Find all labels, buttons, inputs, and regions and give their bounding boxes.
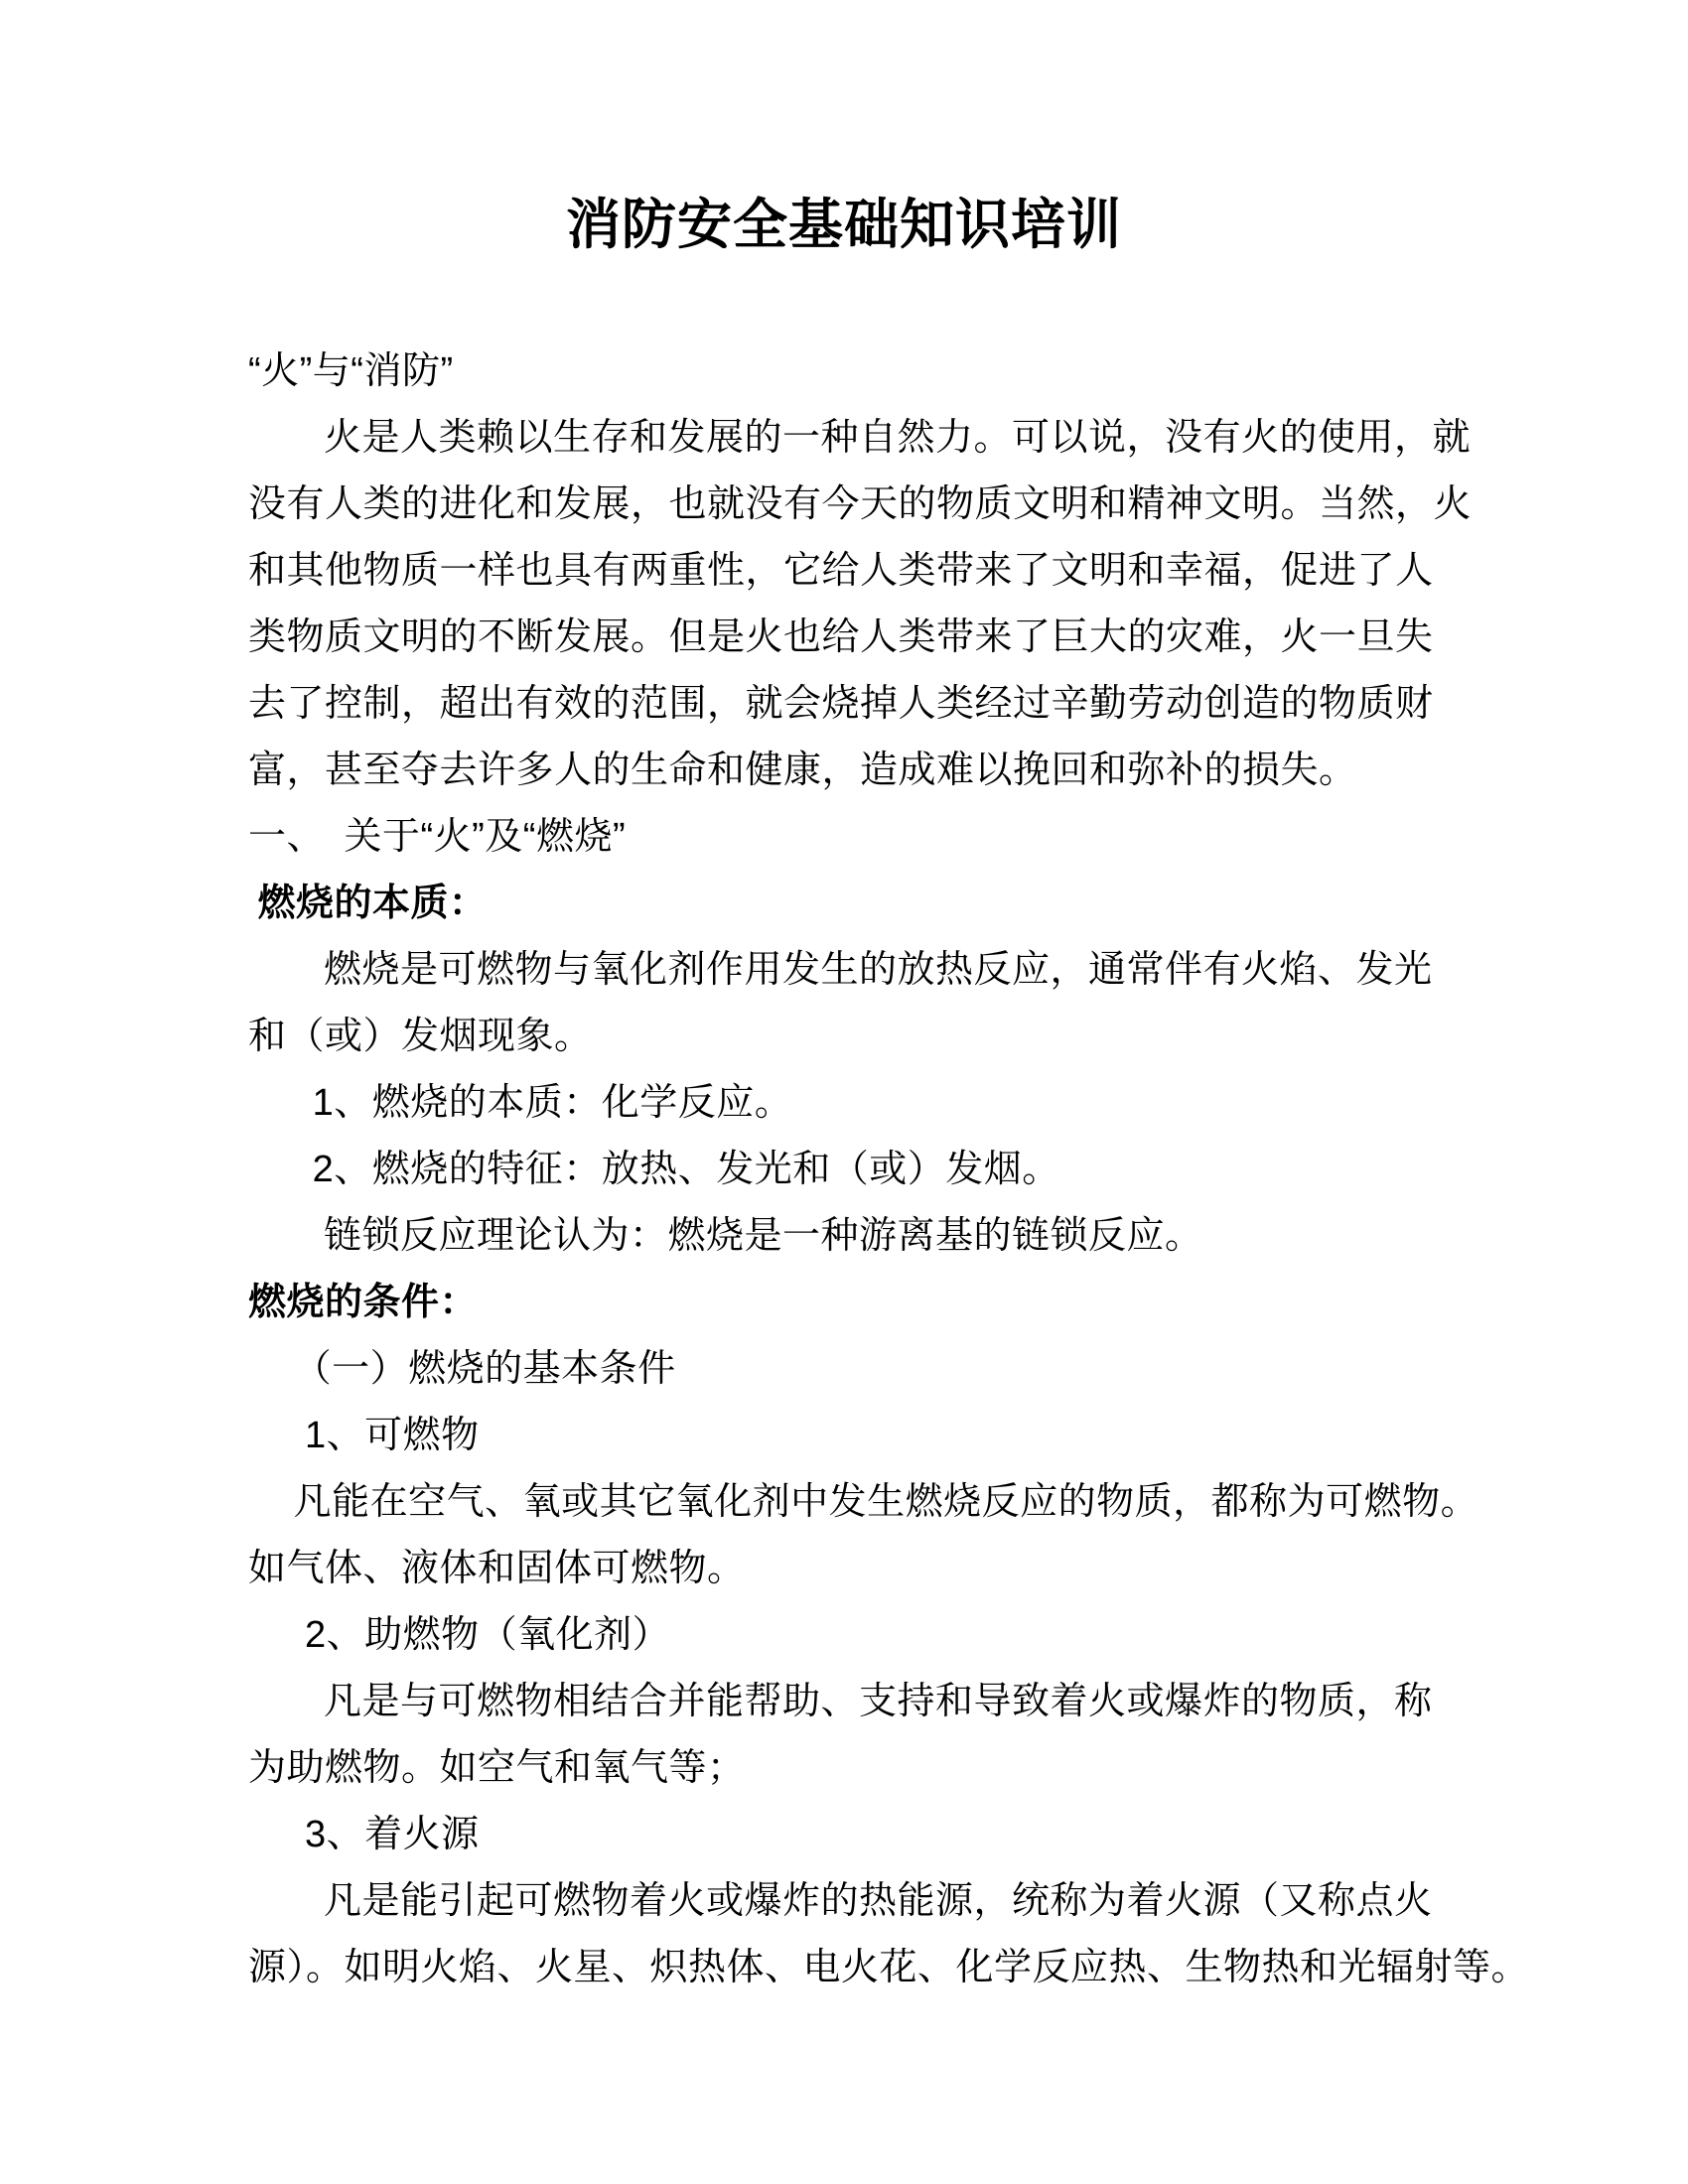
text-line: （一）燃烧的基本条件 <box>248 1336 1450 1403</box>
text-line: 燃烧的本质： <box>248 871 1450 937</box>
text-line: 凡是能引起可燃物着火或爆炸的热能源，统称为着火源（又称点火 <box>248 1868 1450 1935</box>
text-line: 火是人类赖以生存和发展的一种自然力。可以说，没有火的使用，就 <box>248 405 1450 472</box>
text-line: “火”与“消防” <box>248 339 1450 405</box>
text-line: 2、燃烧的特征：放热、发光和（或）发烟。 <box>248 1137 1450 1203</box>
document-lines: “火”与“消防”火是人类赖以生存和发展的一种自然力。可以说，没有火的使用，就没有… <box>248 339 1450 2001</box>
text-line: 一、 关于“火”及“燃烧” <box>248 804 1450 871</box>
text-line: 3、着火源 <box>248 1802 1450 1868</box>
text-line: 燃烧是可燃物与氧化剂作用发生的放热反应，通常伴有火焰、发光 <box>248 937 1450 1004</box>
document-title: 消防安全基础知识培训 <box>0 0 1688 257</box>
text-line: 和（或）发烟现象。 <box>248 1004 1450 1070</box>
text-line: 为助燃物。如空气和氧气等； <box>248 1735 1450 1802</box>
text-line: 链锁反应理论认为：燃烧是一种游离基的链锁反应。 <box>248 1203 1450 1270</box>
text-line: 1、可燃物 <box>248 1403 1450 1469</box>
text-line: 和其他物质一样也具有两重性，它给人类带来了文明和幸福，促进了人 <box>248 538 1450 605</box>
text-line: 凡能在空气、氧或其它氧化剂中发生燃烧反应的物质，都称为可燃物。 <box>248 1469 1450 1536</box>
text-line: 燃烧的条件： <box>248 1270 1450 1336</box>
text-line: 源）。如明火焰、火星、炽热体、电火花、化学反应热、生物热和光辐射等。 <box>248 1935 1450 2001</box>
text-line: 如气体、液体和固体可燃物。 <box>248 1536 1450 1602</box>
document-page: 消防安全基础知识培训 “火”与“消防”火是人类赖以生存和发展的一种自然力。可以说… <box>0 0 1688 2184</box>
text-line: 去了控制，超出有效的范围，就会烧掉人类经过辛勤劳动创造的物质财 <box>248 671 1450 738</box>
text-line: 2、助燃物（氧化剂） <box>248 1602 1450 1669</box>
text-line: 类物质文明的不断发展。但是火也给人类带来了巨大的灾难，火一旦失 <box>248 605 1450 671</box>
text-line: 1、燃烧的本质：化学反应。 <box>248 1070 1450 1137</box>
text-line: 富，甚至夺去许多人的生命和健康，造成难以挽回和弥补的损失。 <box>248 738 1450 804</box>
text-line: 没有人类的进化和发展，也就没有今天的物质文明和精神文明。当然，火 <box>248 472 1450 538</box>
text-line: 凡是与可燃物相结合并能帮助、支持和导致着火或爆炸的物质，称 <box>248 1669 1450 1735</box>
